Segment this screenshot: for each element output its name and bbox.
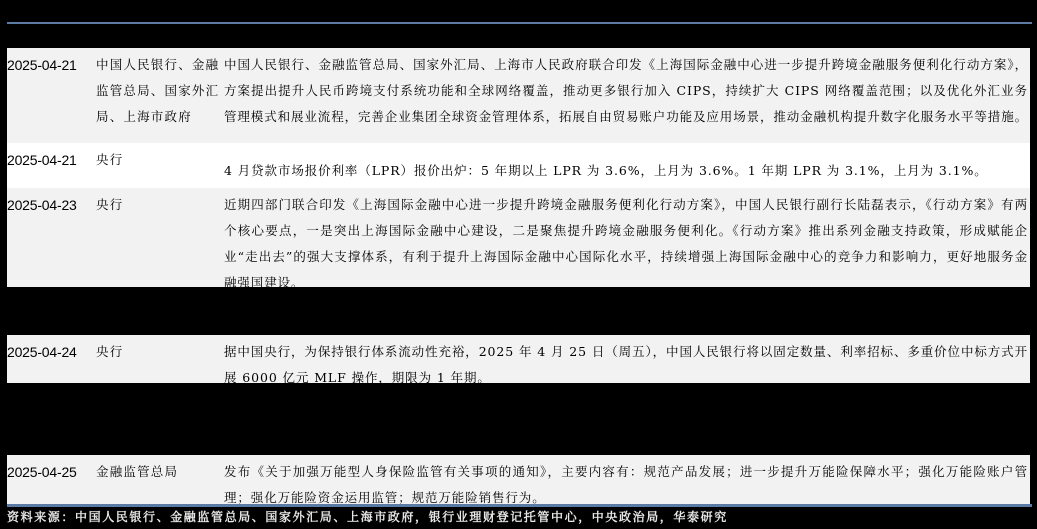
date-cell: 2025-04-23: [7, 188, 95, 218]
content-cell: 近期四部门联合印发《上海国际金融中心进一步提升跨境金融服务便利化行动方案》，中国…: [224, 188, 1028, 296]
date-cell: 2025-04-21: [7, 143, 95, 173]
content-cell: 据中国央行，为保持银行体系流动性充裕，2025 年 4 月 25 日（周五），中…: [224, 335, 1028, 391]
content-cell: 发布《关于加强万能型人身保险监管有关事项的通知》，主要内容有：规范产品发展；进一…: [224, 455, 1028, 511]
date-cell: 2025-04-24: [7, 335, 95, 365]
table-row: 2025-04-21 央行 4 月贷款市场报价利率（LPR）报价出炉：5 年期以…: [7, 143, 1030, 188]
date-cell: 2025-04-21: [7, 48, 95, 78]
table-row: 2025-04-21 中国人民银行、金融监管总局、国家外汇局、上海市政府 中国人…: [7, 48, 1030, 143]
date-cell: 2025-04-25: [7, 455, 95, 485]
org-cell: 央行: [96, 188, 224, 218]
org-cell: 金融监管总局: [96, 455, 224, 485]
source-note: 资料来源：中国人民银行、金融监管总局、国家外汇局、上海市政府，银行业理财登记托管…: [7, 507, 1027, 527]
org-cell: 央行: [96, 335, 224, 365]
content-cell: 4 月贷款市场报价利率（LPR）报价出炉：5 年期以上 LPR 为 3.6%，上…: [224, 143, 1028, 184]
content-cell: 中国人民银行、金融监管总局、国家外汇局、上海市人民政府联合印发《上海国际金融中心…: [224, 48, 1028, 130]
top-rule: [7, 22, 1032, 24]
table-row: 2025-04-25 金融监管总局 发布《关于加强万能型人身保险监管有关事项的通…: [7, 455, 1030, 504]
org-cell: 中国人民银行、金融监管总局、国家外汇局、上海市政府: [96, 48, 224, 130]
org-cell: 央行: [96, 143, 224, 173]
table-row: 2025-04-23 央行 近期四部门联合印发《上海国际金融中心进一步提升跨境金…: [7, 188, 1030, 287]
table-row: 2025-04-24 央行 据中国央行，为保持银行体系流动性充裕，2025 年 …: [7, 335, 1030, 383]
